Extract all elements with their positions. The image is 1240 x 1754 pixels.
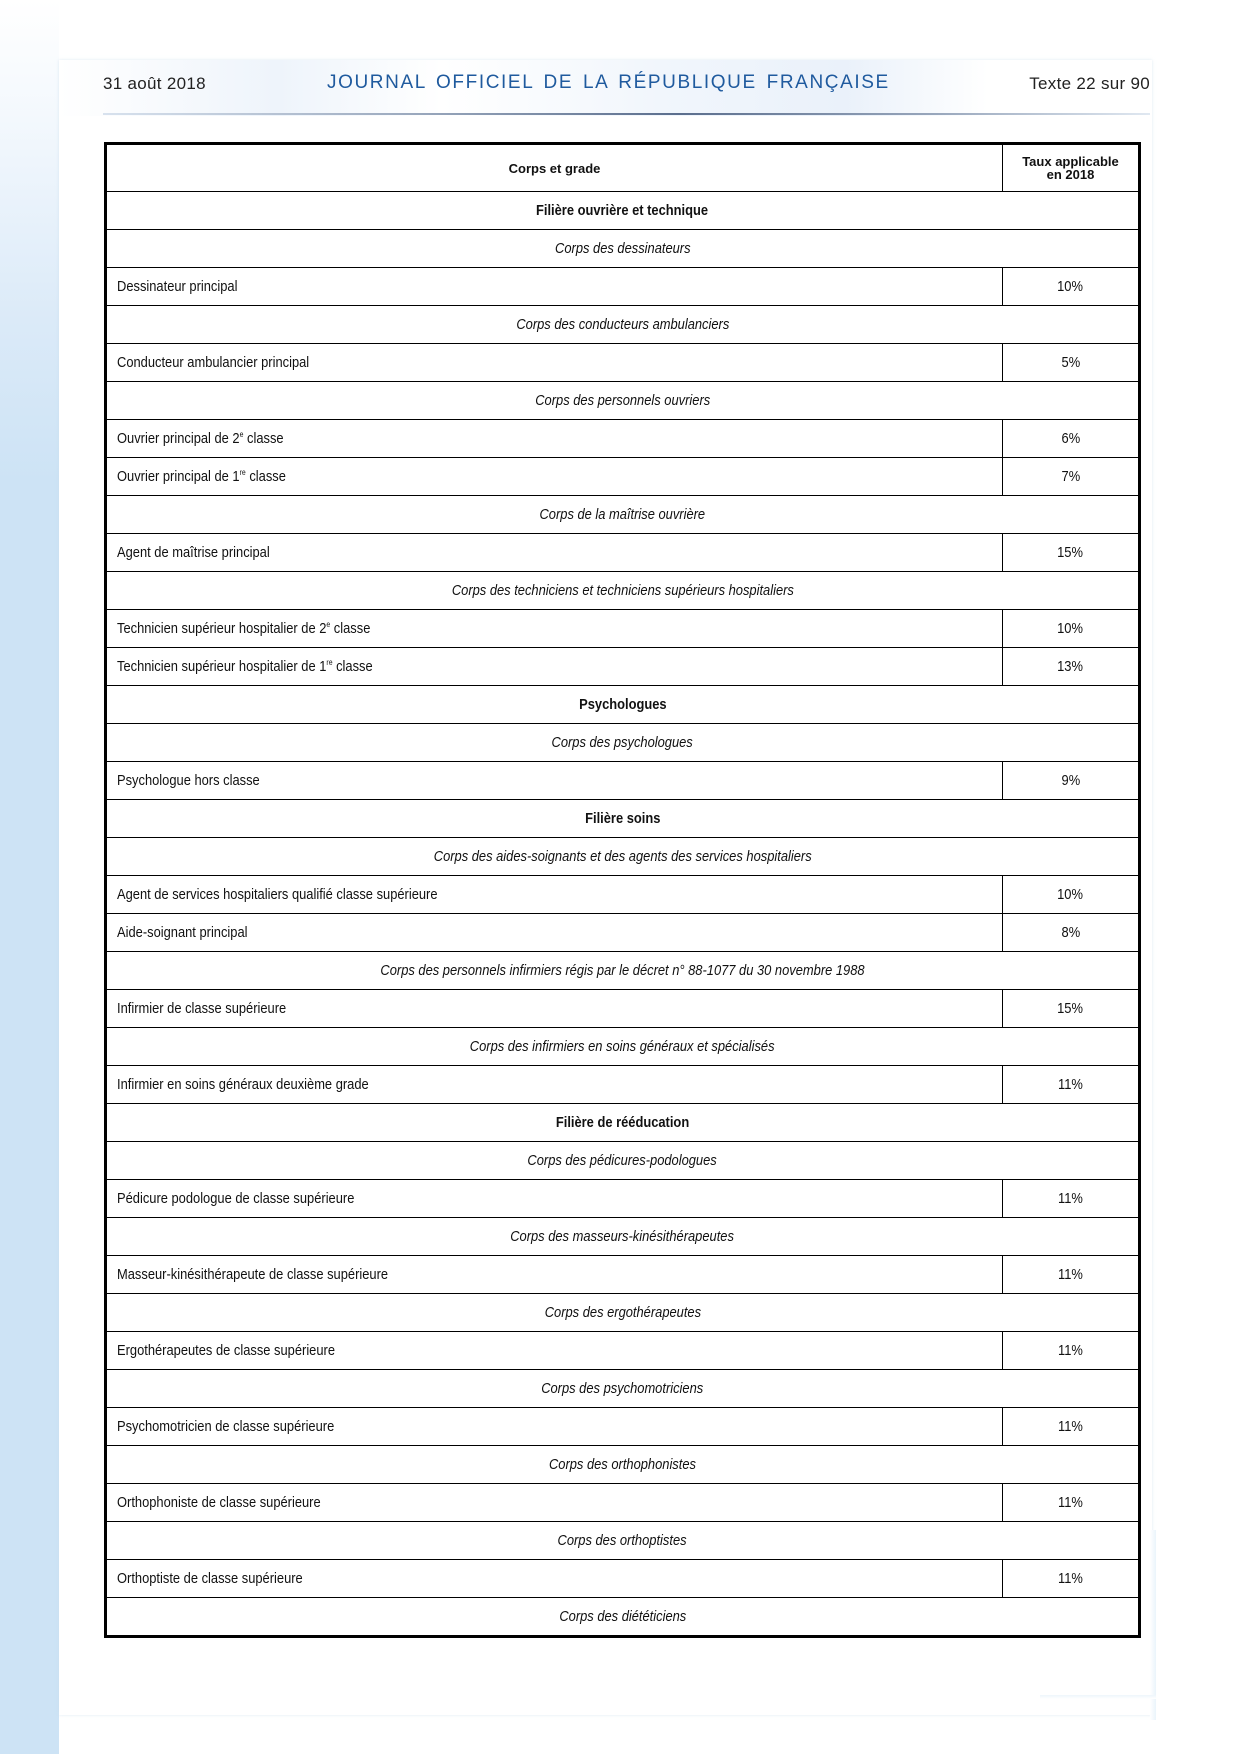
row-label: Corps de la maîtrise ouvrière — [540, 506, 706, 523]
table-row: Psychologue hors classe9% — [106, 762, 1140, 800]
rate-value: 10% — [1058, 278, 1084, 295]
grade-cell: Masseur-kinésithérapeute de classe supér… — [106, 1256, 1003, 1294]
table-row: Infirmier de classe supérieure15% — [106, 990, 1140, 1028]
corps-header-row: Corps de la maîtrise ouvrière — [106, 496, 1140, 534]
grade-text: Dessinateur principal — [117, 278, 237, 295]
page-frame-edge — [1150, 1530, 1156, 1720]
table-row: Dessinateur principal10% — [106, 268, 1140, 306]
row-label: Corps des techniciens et techniciens sup… — [451, 582, 793, 599]
row-label: Corps des ergothérapeutes — [544, 1304, 700, 1321]
corps-header-row: Corps des diététiciens — [106, 1598, 1140, 1637]
corps-header-row: Corps des ergothérapeutes — [106, 1294, 1140, 1332]
corps-title: Corps des orthoptistes — [106, 1522, 1140, 1560]
grade-label: Masseur-kinésithérapeute de classe supér… — [117, 1266, 388, 1283]
grade-label: Pédicure podologue de classe supérieure — [117, 1190, 354, 1207]
corps-header-row: Corps des personnels infirmiers régis pa… — [106, 952, 1140, 990]
rate-value: 11% — [1058, 1418, 1083, 1435]
grade-cell: Conducteur ambulancier principal — [106, 344, 1003, 382]
grade-label: Ergothérapeutes de classe supérieure — [117, 1342, 335, 1359]
header-divider — [103, 113, 1150, 115]
grade-cell: Psychomotricien de classe supérieure — [106, 1408, 1003, 1446]
corps-title: Corps des aides-soignants et des agents … — [106, 838, 1140, 876]
section-title: Psychologues — [106, 686, 1140, 724]
journal-title: JOURNAL OFFICIEL DE LA RÉPUBLIQUE FRANÇA… — [327, 72, 890, 94]
rate-cell: 11% — [1003, 1332, 1140, 1370]
rate-cell: 9% — [1003, 762, 1140, 800]
grade-text: Psychologue hors classe — [117, 772, 260, 789]
rate-value: 7% — [1061, 468, 1080, 485]
rate-value: 11% — [1058, 1342, 1083, 1359]
rate-value: 15% — [1058, 1000, 1084, 1017]
corps-header-row: Corps des dessinateurs — [106, 230, 1140, 268]
rate-cell: 11% — [1003, 1484, 1140, 1522]
rates-table: Corps et grade Taux applicable en 2018 F… — [104, 142, 1141, 1638]
rate-cell: 5% — [1003, 344, 1140, 382]
rate-cell: 11% — [1003, 1256, 1140, 1294]
grade-text-suffix: classe — [333, 658, 373, 675]
grade-cell: Pédicure podologue de classe supérieure — [106, 1180, 1003, 1218]
grade-text: Orthophoniste de classe supérieure — [117, 1494, 321, 1511]
grade-label: Orthophoniste de classe supérieure — [117, 1494, 321, 1511]
rate-value: 8% — [1061, 924, 1080, 941]
grade-cell: Technicien supérieur hospitalier de 1re … — [106, 648, 1003, 686]
grade-label: Aide-soignant principal — [117, 924, 248, 941]
corps-title: Corps des pédicures-podologues — [106, 1142, 1140, 1180]
column-header-rate: Taux applicable en 2018 — [1003, 144, 1140, 192]
table-row: Ouvrier principal de 1re classe7% — [106, 458, 1140, 496]
row-label: Filière soins — [585, 810, 660, 827]
column-header-corps-grade: Corps et grade — [106, 144, 1003, 192]
row-label: Filière de rééducation — [556, 1114, 689, 1131]
grade-text-suffix: classe — [330, 620, 370, 637]
rate-cell: 7% — [1003, 458, 1140, 496]
corps-title: Corps des techniciens et techniciens sup… — [106, 572, 1140, 610]
table-row: Aide-soignant principal8% — [106, 914, 1140, 952]
corps-title: Corps de la maîtrise ouvrière — [106, 496, 1140, 534]
grade-text: Infirmier en soins généraux deuxième gra… — [117, 1076, 369, 1093]
corps-header-row: Corps des orthophonistes — [106, 1446, 1140, 1484]
table-row: Infirmier en soins généraux deuxième gra… — [106, 1066, 1140, 1104]
corps-header-row: Corps des psychomotriciens — [106, 1370, 1140, 1408]
row-label: Filière ouvrière et technique — [536, 202, 708, 219]
grade-label: Technicien supérieur hospitalier de 2e c… — [117, 620, 370, 637]
table-row: Orthophoniste de classe supérieure11% — [106, 1484, 1140, 1522]
table-row: Pédicure podologue de classe supérieure1… — [106, 1180, 1140, 1218]
publication-date: 31 août 2018 — [103, 74, 206, 94]
rate-cell: 10% — [1003, 268, 1140, 306]
rate-value: 11% — [1058, 1570, 1083, 1587]
grade-text-suffix: classe — [243, 430, 283, 447]
table-row: Ergothérapeutes de classe supérieure11% — [106, 1332, 1140, 1370]
grade-label: Infirmier en soins généraux deuxième gra… — [117, 1076, 369, 1093]
corps-title: Corps des psychologues — [106, 724, 1140, 762]
row-label: Corps des orthophonistes — [549, 1456, 696, 1473]
grade-text: Technicien supérieur hospitalier de 2 — [117, 620, 326, 637]
corps-header-row: Corps des personnels ouvriers — [106, 382, 1140, 420]
grade-cell: Aide-soignant principal — [106, 914, 1003, 952]
grade-text: Pédicure podologue de classe supérieure — [117, 1190, 354, 1207]
rate-cell: 10% — [1003, 610, 1140, 648]
grade-text: Ouvrier principal de 1 — [117, 468, 240, 485]
rate-cell: 11% — [1003, 1066, 1140, 1104]
table-row: Agent de maîtrise principal15% — [106, 534, 1140, 572]
grade-label: Dessinateur principal — [117, 278, 237, 295]
grade-cell: Orthoptiste de classe supérieure — [106, 1560, 1003, 1598]
grade-text: Ergothérapeutes de classe supérieure — [117, 1342, 335, 1359]
rate-value: 5% — [1061, 354, 1080, 371]
corps-title: Corps des diététiciens — [106, 1598, 1140, 1637]
section-header-row: Filière ouvrière et technique — [106, 192, 1140, 230]
rate-value: 15% — [1058, 544, 1084, 561]
grade-cell: Technicien supérieur hospitalier de 2e c… — [106, 610, 1003, 648]
grade-cell: Orthophoniste de classe supérieure — [106, 1484, 1003, 1522]
grade-label: Psychomotricien de classe supérieure — [117, 1418, 334, 1435]
corps-title: Corps des ergothérapeutes — [106, 1294, 1140, 1332]
page-frame-edge — [1040, 1695, 1156, 1699]
rate-value: 10% — [1058, 620, 1084, 637]
grade-label: Psychologue hors classe — [117, 772, 260, 789]
corps-header-row: Corps des masseurs-kinésithérapeutes — [106, 1218, 1140, 1256]
grade-label: Agent de maîtrise principal — [117, 544, 270, 561]
grade-label: Orthoptiste de classe supérieure — [117, 1570, 303, 1587]
table-body: Filière ouvrière et techniqueCorps des d… — [106, 192, 1140, 1637]
grade-text: Ouvrier principal de 2 — [117, 430, 240, 447]
column-header-rate-line2: en 2018 — [1047, 167, 1095, 182]
grade-label: Technicien supérieur hospitalier de 1re … — [117, 658, 373, 675]
rate-cell: 11% — [1003, 1180, 1140, 1218]
row-label: Corps des dessinateurs — [555, 240, 691, 257]
section-header-row: Filière de rééducation — [106, 1104, 1140, 1142]
rate-cell: 13% — [1003, 648, 1140, 686]
grade-cell: Infirmier en soins généraux deuxième gra… — [106, 1066, 1003, 1104]
row-label: Corps des aides-soignants et des agents … — [434, 848, 812, 865]
grade-label: Agent de services hospitaliers qualifié … — [117, 886, 438, 903]
row-label: Corps des conducteurs ambulanciers — [516, 316, 729, 333]
corps-title: Corps des masseurs-kinésithérapeutes — [106, 1218, 1140, 1256]
corps-title: Corps des infirmiers en soins généraux e… — [106, 1028, 1140, 1066]
table-row: Conducteur ambulancier principal5% — [106, 344, 1140, 382]
table-row: Orthoptiste de classe supérieure11% — [106, 1560, 1140, 1598]
grade-text: Conducteur ambulancier principal — [117, 354, 309, 371]
rate-cell: 15% — [1003, 990, 1140, 1028]
rate-value: 11% — [1058, 1190, 1083, 1207]
left-margin-band — [0, 0, 59, 1754]
corps-title: Corps des personnels ouvriers — [106, 382, 1140, 420]
section-title: Filière soins — [106, 800, 1140, 838]
rate-cell: 10% — [1003, 876, 1140, 914]
row-label: Corps des personnels ouvriers — [535, 392, 710, 409]
grade-cell: Ouvrier principal de 2e classe — [106, 420, 1003, 458]
grade-cell: Ergothérapeutes de classe supérieure — [106, 1332, 1003, 1370]
grade-cell: Psychologue hors classe — [106, 762, 1003, 800]
grade-text: Orthoptiste de classe supérieure — [117, 1570, 303, 1587]
corps-header-row: Corps des aides-soignants et des agents … — [106, 838, 1140, 876]
corps-title: Corps des psychomotriciens — [106, 1370, 1140, 1408]
row-label: Corps des masseurs-kinésithérapeutes — [511, 1228, 735, 1245]
row-label: Corps des psychomotriciens — [541, 1380, 703, 1397]
row-label: Corps des infirmiers en soins généraux e… — [470, 1038, 775, 1055]
corps-title: Corps des orthophonistes — [106, 1446, 1140, 1484]
grade-text-suffix: classe — [246, 468, 286, 485]
grade-label: Conducteur ambulancier principal — [117, 354, 309, 371]
section-header-row: Filière soins — [106, 800, 1140, 838]
corps-header-row: Corps des techniciens et techniciens sup… — [106, 572, 1140, 610]
corps-header-row: Corps des pédicures-podologues — [106, 1142, 1140, 1180]
corps-title: Corps des personnels infirmiers régis pa… — [106, 952, 1140, 990]
rate-value: 10% — [1058, 886, 1084, 903]
rate-cell: 11% — [1003, 1560, 1140, 1598]
grade-text: Agent de services hospitaliers qualifié … — [117, 886, 438, 903]
rate-value: 6% — [1061, 430, 1080, 447]
section-title: Filière de rééducation — [106, 1104, 1140, 1142]
grade-cell: Agent de services hospitaliers qualifié … — [106, 876, 1003, 914]
corps-header-row: Corps des orthoptistes — [106, 1522, 1140, 1560]
table-row: Ouvrier principal de 2e classe6% — [106, 420, 1140, 458]
corps-header-row: Corps des conducteurs ambulanciers — [106, 306, 1140, 344]
table-row: Technicien supérieur hospitalier de 1re … — [106, 648, 1140, 686]
text-page-reference: Texte 22 sur 90 — [1029, 74, 1150, 94]
rate-value: 11% — [1058, 1494, 1083, 1511]
row-label: Corps des pédicures-podologues — [528, 1152, 717, 1169]
grade-text: Agent de maîtrise principal — [117, 544, 270, 561]
row-label: Corps des psychologues — [552, 734, 693, 751]
section-header-row: Psychologues — [106, 686, 1140, 724]
rate-cell: 6% — [1003, 420, 1140, 458]
grade-text: Infirmier de classe supérieure — [117, 1000, 286, 1017]
corps-title: Corps des dessinateurs — [106, 230, 1140, 268]
grade-text: Technicien supérieur hospitalier de 1 — [117, 658, 326, 675]
row-label: Corps des diététiciens — [559, 1608, 686, 1625]
rate-value: 13% — [1058, 658, 1084, 675]
grade-cell: Ouvrier principal de 1re classe — [106, 458, 1003, 496]
row-label: Corps des personnels infirmiers régis pa… — [380, 962, 864, 979]
corps-header-row: Corps des infirmiers en soins généraux e… — [106, 1028, 1140, 1066]
grade-cell: Infirmier de classe supérieure — [106, 990, 1003, 1028]
table-row: Agent de services hospitaliers qualifié … — [106, 876, 1140, 914]
rate-cell: 8% — [1003, 914, 1140, 952]
table-row: Technicien supérieur hospitalier de 2e c… — [106, 610, 1140, 648]
grade-text: Psychomotricien de classe supérieure — [117, 1418, 334, 1435]
grade-label: Infirmier de classe supérieure — [117, 1000, 286, 1017]
section-title: Filière ouvrière et technique — [106, 192, 1140, 230]
table-header-row: Corps et grade Taux applicable en 2018 — [106, 144, 1140, 192]
rate-value: 11% — [1058, 1266, 1083, 1283]
corps-header-row: Corps des psychologues — [106, 724, 1140, 762]
corps-title: Corps des conducteurs ambulanciers — [106, 306, 1140, 344]
grade-cell: Dessinateur principal — [106, 268, 1003, 306]
rate-value: 11% — [1058, 1076, 1083, 1093]
table-row: Masseur-kinésithérapeute de classe supér… — [106, 1256, 1140, 1294]
grade-cell: Agent de maîtrise principal — [106, 534, 1003, 572]
row-label: Psychologues — [579, 696, 666, 713]
grade-text: Masseur-kinésithérapeute de classe supér… — [117, 1266, 388, 1283]
grade-text: Aide-soignant principal — [117, 924, 248, 941]
row-label: Corps des orthoptistes — [558, 1532, 687, 1549]
table-row: Psychomotricien de classe supérieure11% — [106, 1408, 1140, 1446]
grade-label: Ouvrier principal de 1re classe — [117, 468, 286, 485]
rate-cell: 11% — [1003, 1408, 1140, 1446]
rate-value: 9% — [1061, 772, 1080, 789]
rate-cell: 15% — [1003, 534, 1140, 572]
grade-label: Ouvrier principal de 2e classe — [117, 430, 284, 447]
